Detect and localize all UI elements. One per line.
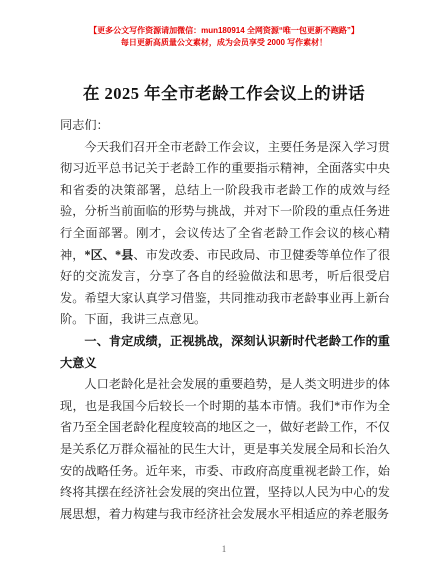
document-body: 同志们： 今天我们召开全市老龄工作会议，主要任务是深入学习贯彻习近平总书记关于老… xyxy=(60,115,390,525)
page-number: 1 xyxy=(0,544,448,554)
watermark-line-1: 【更多公文写作资源请加微信：mun180914 全网资源“唯一包更新不跑路”】 xyxy=(0,25,448,37)
document-title: 在 2025 年全市老龄工作会议上的讲话 xyxy=(30,80,418,104)
watermark-line-2: 每日更新高质量公文素材，成为会员享受 2000 写作素材！ xyxy=(0,37,448,49)
paragraph-1-text: 今天我们召开全市老龄工作会议，主要任务是深入学习贯彻习近平总书记关于老龄工作的重… xyxy=(60,140,390,262)
paragraph-2: 人口老龄化是社会发展的重要趋势，是人类文明进步的体现，也是我国今后较长一个时期的… xyxy=(60,374,390,525)
document-page: 【更多公文写作资源请加微信：mun180914 全网资源“唯一包更新不跑路”】 … xyxy=(0,0,448,580)
salutation: 同志们： xyxy=(60,115,390,137)
section-1-heading: 一、肯定成绩，正视挑战，深刻认识新时代老龄工作的重大意义 xyxy=(60,331,390,374)
watermark-ad: 【更多公文写作资源请加微信：mun180914 全网资源“唯一包更新不跑路”】 … xyxy=(0,0,448,49)
paragraph-1: 今天我们召开全市老龄工作会议，主要任务是深入学习贯彻习近平总书记关于老龄工作的重… xyxy=(60,137,390,331)
paragraph-1-bold-units: *区、*县 xyxy=(84,248,133,262)
